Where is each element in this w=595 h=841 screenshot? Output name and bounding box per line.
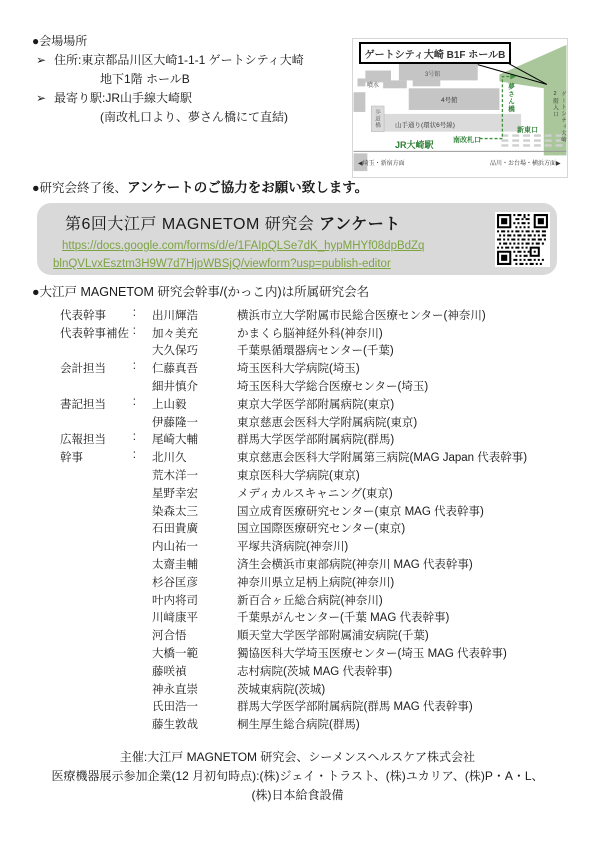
member-affiliation: 済生会横浜市東部病院(神奈川 MAG 代表幹事) [237,556,580,572]
member-role: 書記担当: [60,396,136,412]
member-affiliation: 東京大学医学部附属病院(東京) [237,396,580,412]
member-name: 染森太三 [152,503,237,519]
member-name: 加々美充 [152,325,237,341]
member-name: 大橋一範 [152,645,237,661]
survey-url-line2[interactable]: blnQVLvxEsztm3H9W7d7HjpWBSjQ/viewform?us… [53,255,424,273]
map-label-direction-right: 品川・お台場・横浜方面▶ [490,158,561,167]
venue-section: ●会場場所 ➢ 住所:東京都品川区大崎1-1-1 ゲートシティ大崎 地下1階 ホ… [32,32,352,127]
venue-address: 住所:東京都品川区大崎1-1-1 ゲートシティ大崎 [54,51,304,70]
member-row: 叶内将司 新百合ヶ丘総合病院(神奈川) [60,591,580,609]
member-row: 幹事: 北川久 東京慈恵会医科大学附属第三病院(MAG Japan 代表幹事) [60,448,580,466]
member-row: 神永直崇 茨城東病院(茨城) [60,680,580,698]
venue-address-line2: 地下1階 ホールB [32,70,352,89]
survey-heading: ●研究会終了後、アンケートのご協力をお願い致します。 [32,176,368,196]
member-row: 大橋一範 獨協医科大学埼玉医療センター(埼玉 MAG 代表幹事) [60,644,580,662]
member-row: 石田貴廣 国立国際医療研究センター(東京) [60,520,580,538]
survey-box-title-bold: アンケート [319,216,401,233]
map-title: ゲートシティ大崎 B1F ホールB [359,42,511,64]
map-label-gatecity-entrance: ゲートシティ大崎 2階入口 [549,91,567,153]
member-row: 内山祐一 平塚共済病院(神奈川) [60,537,580,555]
member-affiliation: 群馬大学医学部附属病院(群馬) [237,431,580,447]
footer-exhibitors-line2: (株)日本給食設備 [0,786,595,805]
survey-heading-prefix: ●研究会終了後、 [32,181,127,195]
map-label-station: JR大崎駅 [395,138,434,151]
member-affiliation: 国立国際医療研究センター(東京) [237,520,580,536]
member-name: 上山毅 [152,396,237,412]
map-label-street: 山手通り(環状6号線) [395,120,455,129]
survey-box-title: 第6回大江戸 MAGNETOM 研究会 アンケート [65,211,401,234]
member-affiliation: 埼玉医科大学病院(埼玉) [237,360,580,376]
member-affiliation: 千葉県循環器病センター(千葉) [237,342,580,358]
member-name: 星野幸宏 [152,485,237,501]
member-affiliation: 群馬大学医学部附属病院(群馬 MAG 代表幹事) [237,698,580,714]
member-affiliation: 東京医科大学病院(東京) [237,467,580,483]
qr-code [495,212,550,267]
member-row: 河合悟 順天堂大学医学部附属浦安病院(千葉) [60,626,580,644]
member-name: 氏田浩一 [152,698,237,714]
member-name: 北川久 [152,449,237,465]
member-affiliation: 東京慈恵会医科大学附属第三病院(MAG Japan 代表幹事) [237,449,580,465]
member-row: 杉谷匡彦 神奈川県立足柄上病院(神奈川) [60,573,580,591]
member-name: 叶内将司 [152,592,237,608]
map-label-building4: 4号館 [441,95,458,104]
map-label-new-east-gate: 新東口 [517,125,538,135]
member-name: 伊藤隆一 [152,414,237,430]
map-label-fountain: 噴水 [367,80,379,89]
member-role: 広報担当: [60,431,136,447]
member-row: 染森太三 国立成育医療研究センター(東京 MAG 代表幹事) [60,502,580,520]
footer-exhibitors-line1: 医療機器展示参加企業(12 月初旬時点):(株)ジェイ・トラスト、(株)ユカリア… [0,767,595,786]
arrow-bullet-icon: ➢ [32,51,54,70]
map-label-direction-left: ◀埼玉・新宿方面 [358,158,405,167]
member-affiliation: 埼玉医科大学総合医療センター(埼玉) [237,378,580,394]
members-table: 代表幹事: 出川輝浩 横浜市立大学附属市民総合医療センター(神奈川) 代表幹事補… [60,306,580,733]
member-affiliation: 横浜市立大学附属市民総合医療センター(神奈川) [237,307,580,323]
member-row: 細井慎介 埼玉医科大学総合医療センター(埼玉) [60,377,580,395]
survey-box-title-text: 第6回大江戸 MAGNETOM 研究会 [65,216,319,233]
member-row: 星野幸宏 メディカルスキャニング(東京) [60,484,580,502]
member-name: 内山祐一 [152,538,237,554]
survey-url-link[interactable]: https://docs.google.com/forms/d/e/1FAIpQ… [53,237,424,273]
member-row: 藤生敦哉 桐生厚生総合病院(群馬) [60,715,580,733]
member-name: 川﨑康平 [152,609,237,625]
member-name: 尾崎大輔 [152,431,237,447]
member-affiliation: 国立成育医療研究センター(東京 MAG 代表幹事) [237,503,580,519]
map-label-south-gate: 南改札口 [453,135,481,145]
member-row: 伊藤隆一 東京慈恵会医科大学附属病院(東京) [60,413,580,431]
qr-code-graphic [495,212,550,267]
venue-map: ゲートシティ大崎 B1F ホールB 噴水 3号館 4号館 山手通り(環状6号線)… [352,38,568,178]
member-row: 代表幹事: 出川輝浩 横浜市立大学附属市民総合医療センター(神奈川) [60,306,580,324]
member-role: 会計担当: [60,360,136,376]
footer-organizer: 主催:大江戸 MAGNETOM 研究会、シーメンスヘルスケア株式会社 [0,748,595,767]
member-row: 書記担当: 上山毅 東京大学医学部附属病院(東京) [60,395,580,413]
member-affiliation: メディカルスキャニング(東京) [237,485,580,501]
member-row: 川﨑康平 千葉県がんセンター(千葉 MAG 代表幹事) [60,609,580,627]
map-label-yume-bridge: 夢さん橋 [506,83,515,117]
member-affiliation: かまくら脳神経外科(神奈川) [237,325,580,341]
member-row: 代表幹事補佐: 加々美充 かまくら脳神経外科(神奈川) [60,324,580,342]
member-name: 荒木洋一 [152,467,237,483]
member-affiliation: 平塚共済病院(神奈川) [237,538,580,554]
member-row: 会計担当: 仁藤真吾 埼玉医科大学病院(埼玉) [60,359,580,377]
survey-box: 第6回大江戸 MAGNETOM 研究会 アンケート https://docs.g… [37,203,557,275]
footer: 主催:大江戸 MAGNETOM 研究会、シーメンスヘルスケア株式会社 医療機器展… [0,748,595,805]
member-affiliation: 新百合ヶ丘総合病院(神奈川) [237,592,580,608]
venue-station-note: (南改札口より、夢さん橋にて直結) [32,108,352,127]
member-name: 河合悟 [152,627,237,643]
member-name: 細井慎介 [152,378,237,394]
member-name: 大久保巧 [152,342,237,358]
member-affiliation: 桐生厚生総合病院(群馬) [237,716,580,732]
member-name: 杉谷匡彦 [152,574,237,590]
member-row: 荒木洋一 東京医科大学病院(東京) [60,466,580,484]
member-name: 出川輝浩 [152,307,237,323]
venue-heading: ●会場場所 [32,32,352,51]
members-heading: ●大江戸 MAGNETOM 研究会幹事/(かっこ内)は所属研究会名 [32,282,369,300]
member-name: 藤生敦哉 [152,716,237,732]
member-affiliation: 神奈川県立足柄上病院(神奈川) [237,574,580,590]
member-name: 藤咲禎 [152,663,237,679]
survey-url-line1[interactable]: https://docs.google.com/forms/d/e/1FAIpQ… [53,237,424,255]
map-label-building3: 3号館 [425,69,440,78]
survey-heading-bold: アンケートのご協力をお願い致します。 [127,180,368,195]
member-row: 藤咲禎 志村病院(茨城 MAG 代表幹事) [60,662,580,680]
member-affiliation: 千葉県がんセンター(千葉 MAG 代表幹事) [237,609,580,625]
member-row: 大久保巧 千葉県循環器病センター(千葉) [60,342,580,360]
member-name: 神永直崇 [152,681,237,697]
member-role: 代表幹事補佐: [60,325,136,341]
venue-station: 最寄り駅:JR山手線大崎駅 [54,89,192,108]
page: ●会場場所 ➢ 住所:東京都品川区大崎1-1-1 ゲートシティ大崎 地下1階 ホ… [0,0,595,841]
member-name: 仁藤真吾 [152,360,237,376]
member-affiliation: 東京慈恵会医科大学附属病院(東京) [237,414,580,430]
map-label-footbridge: 歩道橋 [373,109,381,129]
arrow-bullet-icon: ➢ [32,89,54,108]
member-role: 代表幹事: [60,307,136,323]
member-affiliation: 志村病院(茨城 MAG 代表幹事) [237,663,580,679]
member-affiliation: 茨城東病院(茨城) [237,681,580,697]
member-role: 幹事: [60,449,136,465]
member-row: 広報担当: 尾崎大輔 群馬大学医学部附属病院(群馬) [60,431,580,449]
member-affiliation: 順天堂大学医学部附属浦安病院(千葉) [237,627,580,643]
member-row: 氏田浩一 群馬大学医学部附属病院(群馬 MAG 代表幹事) [60,698,580,716]
member-affiliation: 獨協医科大学埼玉医療センター(埼玉 MAG 代表幹事) [237,645,580,661]
member-name: 太齋圭輔 [152,556,237,572]
member-name: 石田貴廣 [152,520,237,536]
member-row: 太齋圭輔 済生会横浜市東部病院(神奈川 MAG 代表幹事) [60,555,580,573]
